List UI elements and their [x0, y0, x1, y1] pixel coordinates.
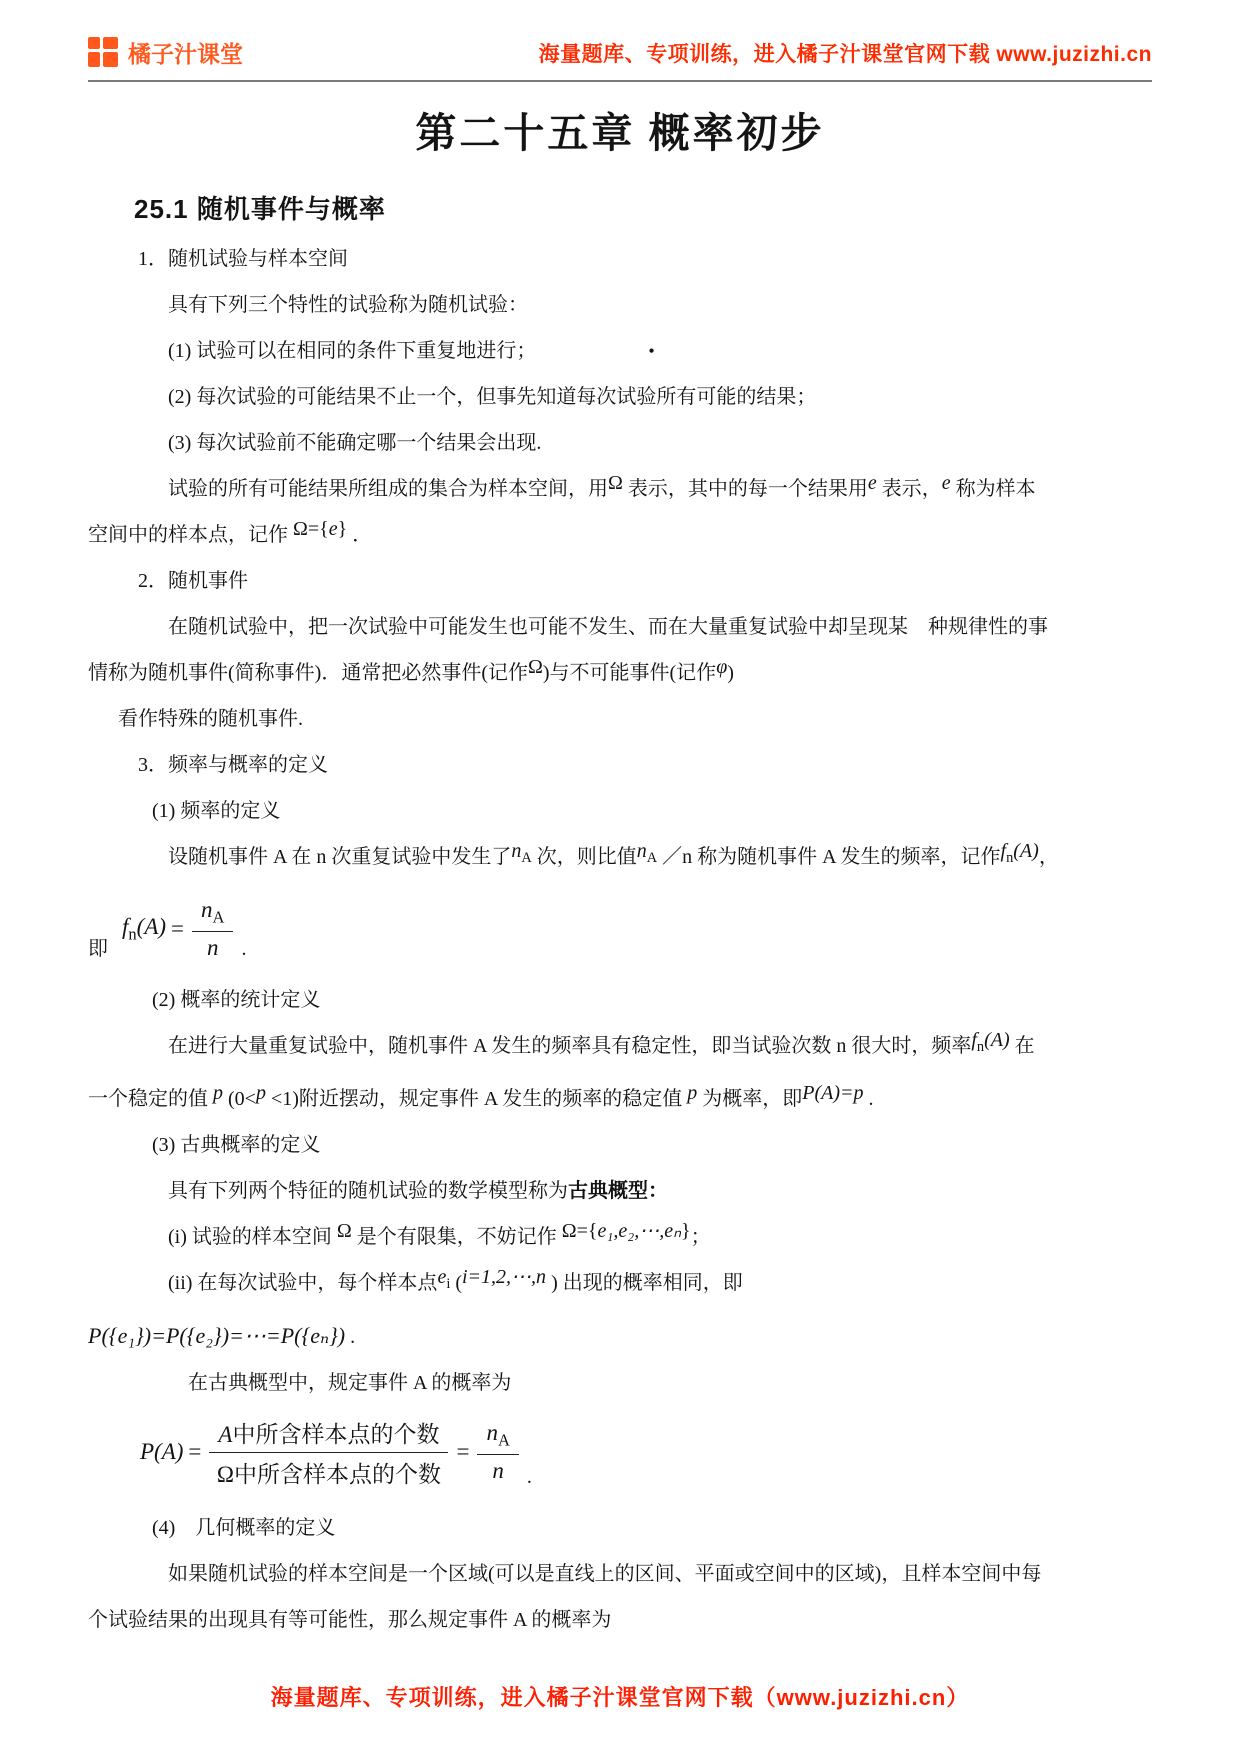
classical-feature-ii: (ii) 在每次试验中，每个样本点ei (i=1,2,⋯,n ) 出现的概率相同…	[168, 1270, 1152, 1303]
classical-model-term: 古典概型：	[568, 1180, 668, 1202]
omega-symbol: Ω	[608, 472, 623, 494]
nA-over-n-fraction: nA n	[192, 897, 233, 961]
omega-symbol: Ω	[528, 656, 543, 678]
random-trial-intro: 具有下列三个特性的试验称为随机试验：	[168, 292, 1152, 318]
random-event-line-2: 情称为随机事件(简称事件)．通常把必然事件(记作Ω)与不可能事件(记作φ)	[88, 660, 1152, 686]
p-symbol: p	[687, 1082, 697, 1104]
brand-logo-text: 橘子汁课堂	[128, 36, 243, 69]
i-enumeration: i=1,2,⋯,n	[462, 1266, 546, 1288]
f-n-A: fn(A)	[1001, 840, 1039, 862]
section-heading: 25.1 随机事件与概率	[134, 189, 1152, 226]
item-1-heading: 1．随机试验与样本空间	[138, 246, 1152, 272]
P-A-symbol: P(A)	[140, 1439, 183, 1464]
probability-chain-formula: P({e₁})=P({e₂})=⋯=P({eₙ}) .	[88, 1323, 1152, 1350]
f-n-A: fn(A)	[971, 1029, 1009, 1051]
header-promo-text: 海量题库、专项训练，进入橘子汁课堂官网下载 www.juzizhi.cn	[539, 38, 1152, 68]
page-header: 橘子汁课堂 海量题库、专项训练，进入橘子汁课堂官网下载 www.juzizhi.…	[88, 36, 1152, 69]
item-3-heading: 3．频率与概率的定义	[138, 752, 1152, 778]
phi-symbol: φ	[716, 656, 727, 678]
p-symbol: p	[213, 1082, 223, 1104]
frequency-definition-line: 设随机事件 A 在 n 次重复试验中发生了nA 次，则比值nA ／n 称为随机事…	[168, 844, 1152, 877]
stray-bullet: •	[648, 338, 654, 364]
juzizhi-logo-icon	[88, 37, 119, 68]
classical-probability-intro: 在古典概型中，规定事件 A 的概率为	[188, 1370, 1152, 1396]
e-symbol: e	[942, 472, 951, 494]
sub-2-heading: (2) 概率的统计定义	[152, 987, 1152, 1013]
chapter-title: 第二十五章 概率初步	[88, 100, 1152, 159]
brand-logo: 橘子汁课堂	[88, 36, 243, 69]
geometric-definition-line-1: 如果随机试验的样本空间是一个区域(可以是直线上的区间、平面或空间中的区域)，且样…	[168, 1561, 1152, 1587]
sub-3-heading: (3) 古典概率的定义	[152, 1132, 1152, 1158]
count-ratio-fraction: A中所含样本点的个数 Ω中所含样本点的个数	[209, 1416, 448, 1489]
sub-4-heading: (4) 几何概率的定义	[152, 1515, 1152, 1541]
classical-model-intro: 具有下列两个特征的随机试验的数学模型称为古典概型：	[168, 1178, 1152, 1204]
n-sub-A: nA	[511, 840, 531, 862]
P-A-equals-p: P(A)=p	[802, 1082, 863, 1104]
p-symbol: p	[256, 1082, 266, 1104]
random-event-line-3: 看作特殊的随机事件.	[118, 706, 1152, 732]
feature-3: (3) 每次试验前不能确定哪一个结果会出现.	[168, 430, 1152, 456]
page-footer: 海量题库、专项训练，进入橘子汁课堂官网下载（www.juzizhi.cn）	[0, 1681, 1240, 1712]
omega-symbol: Ω	[337, 1220, 352, 1242]
sub-1-heading: (1) 频率的定义	[152, 798, 1152, 824]
item-2-heading: 2．随机事件	[138, 568, 1152, 594]
nA-over-n-fraction: nA n	[477, 1420, 518, 1484]
n-sub-A: nA	[637, 840, 657, 862]
classical-feature-i: (i) 试验的样本空间 Ω 是个有限集，不妨记作 Ω={e₁,e₂,⋯,eₙ}；	[168, 1224, 1152, 1250]
statistical-definition-line-2: 一个稳定的值 p (0<p <1)附近摆动，规定事件 A 发生的频率的稳定值 p…	[88, 1086, 1152, 1112]
e-sub-i: ei	[437, 1266, 450, 1288]
sample-space-line-2: 空间中的样本点，记作 Ω={e} ．	[88, 522, 1152, 548]
footer-promo-text: 海量题库、专项训练，进入橘子汁课堂官网下载（www.juzizhi.cn）	[271, 1685, 970, 1710]
e-symbol: e	[868, 472, 877, 494]
random-event-line-1: 在随机试验中，把一次试验中可能发生也可能不发生、而在大量重复试验中却呈现某 种规…	[168, 614, 1152, 640]
statistical-definition-line-1: 在进行大量重复试验中，随机事件 A 发生的频率具有稳定性，即当试验次数 n 很大…	[168, 1033, 1152, 1066]
geometric-definition-line-2: 个试验结果的出现具有等可能性，那么规定事件 A 的概率为	[88, 1607, 1152, 1633]
frequency-formula: 即 fn(A) = nA n .	[88, 897, 1152, 961]
sample-space-line-1: 试验的所有可能结果所组成的集合为样本空间，用Ω 表示，其中的每一个结果用e 表示…	[168, 476, 1152, 502]
document-page: 橘子汁课堂 海量题库、专项训练，进入橘子汁课堂官网下载 www.juzizhi.…	[0, 0, 1240, 1633]
feature-2: (2) 每次试验的可能结果不止一个，但事先知道每次试验所有可能的结果；	[168, 384, 1152, 410]
f-n-A: fn(A)	[122, 914, 166, 945]
header-divider	[88, 80, 1152, 82]
omega-set-formula: Ω={e}	[293, 518, 347, 540]
feature-1: (1) 试验可以在相同的条件下重复地进行；•	[168, 338, 1152, 364]
classical-probability-formula: P(A) = A中所含样本点的个数 Ω中所含样本点的个数 = nA n .	[126, 1416, 1152, 1489]
omega-enumeration-formula: Ω={e₁,e₂,⋯,eₙ}	[562, 1220, 691, 1242]
